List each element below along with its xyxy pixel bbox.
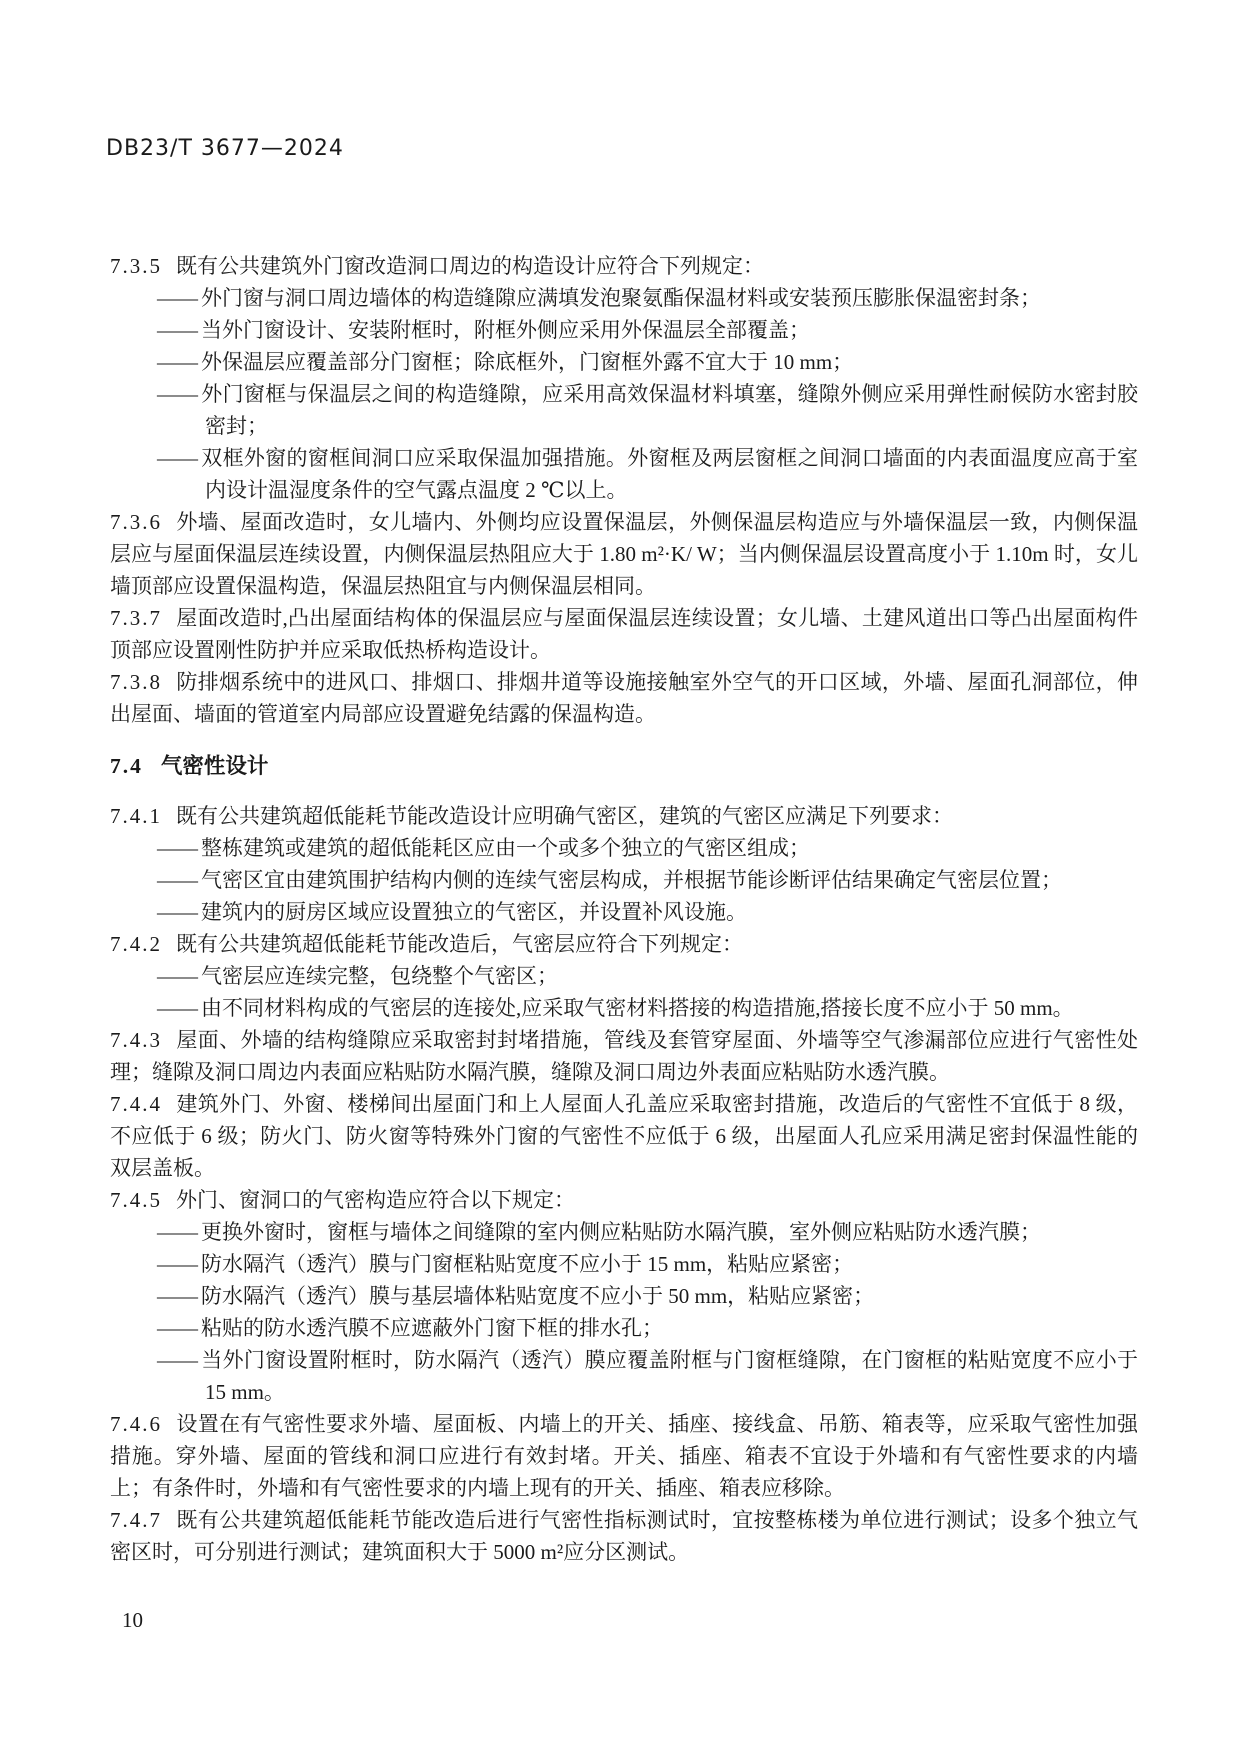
document-header: DB23/T 3677—2024 [106,136,344,161]
page-footer: 10 [122,1608,143,1633]
clause-paragraph: 7.3.6外墙、屋面改造时，女儿墙内、外侧均应设置保温层，外侧保温层构造应与外墙… [110,506,1138,602]
clause-number: 7.4.7 [110,1508,162,1532]
clause-text: 外墙、屋面改造时，女儿墙内、外侧均应设置保温层，外侧保温层构造应与外墙保温层一致… [110,510,1138,598]
clause-text: 外门、窗洞口的气密构造应符合以下规定： [176,1188,575,1212]
clause-text: 既有公共建筑超低能耗节能改造后进行气密性指标测试时，宜按整栋楼为单位进行测试；设… [110,1508,1138,1564]
dash-marker: —— [157,382,197,406]
dash-marker: —— [157,996,197,1020]
dash-marker: —— [157,318,197,342]
document-body: 7.3.5既有公共建筑外门窗改造洞口周边的构造设计应符合下列规定：——外门窗与洞… [110,250,1138,1568]
clause-paragraph: 7.3.5既有公共建筑外门窗改造洞口周边的构造设计应符合下列规定： [110,250,1138,282]
clause-text: 设置在有气密性要求外墙、屋面板、内墙上的开关、插座、接线盒、吊筋、箱表等，应采取… [110,1412,1138,1500]
dash-marker: —— [157,1348,197,1372]
section-heading: 7.4气密性设计 [110,750,1138,782]
clause-paragraph: 7.4.1既有公共建筑超低能耗节能改造设计应明确气密区，建筑的气密区应满足下列要… [110,800,1138,832]
clause-paragraph: 7.4.6设置在有气密性要求外墙、屋面板、内墙上的开关、插座、接线盒、吊筋、箱表… [110,1408,1138,1504]
clause-text: 既有公共建筑外门窗改造洞口周边的构造设计应符合下列规定： [176,254,764,278]
dash-item-text: 更换外窗时，窗框与墙体之间缝隙的室内侧应粘贴防水隔汽膜，室外侧应粘贴防水透汽膜； [201,1220,1041,1244]
dash-item-text: 粘贴的防水透汽膜不应遮蔽外门窗下框的排水孔； [201,1316,663,1340]
clause-paragraph: 7.3.7屋面改造时,凸出屋面结构体的保温层应与屋面保温层连续设置；女儿墙、土建… [110,602,1138,666]
dash-item-text: 当外门窗设置附框时，防水隔汽（透汽）膜应覆盖附框与门窗框缝隙，在门窗框的粘贴宽度… [201,1348,1138,1404]
dash-list-item: ——气密区宜由建筑围护结构内侧的连续气密层构成，并根据节能诊断评估结果确定气密层… [110,864,1138,896]
dash-list-item: ——外门窗框与保温层之间的构造缝隙，应采用高效保温材料填塞，缝隙外侧应采用弹性耐… [110,378,1138,442]
dash-list-item: ——整栋建筑或建筑的超低能耗区应由一个或多个独立的气密区组成； [110,832,1138,864]
dash-list-item: ——当外门窗设置附框时，防水隔汽（透汽）膜应覆盖附框与门窗框缝隙，在门窗框的粘贴… [110,1344,1138,1408]
dash-list-item: ——由不同材料构成的气密层的连接处,应采取气密材料搭接的构造措施,搭接长度不应小… [110,992,1138,1024]
dash-marker: —— [157,900,197,924]
dash-marker: —— [157,836,197,860]
dash-item-text: 外保温层应覆盖部分门窗框；除底框外，门窗框外露不宜大于 10 mm； [201,350,853,374]
dash-item-text: 双框外窗的窗框间洞口应采取保温加强措施。外窗框及两层窗框之间洞口墙面的内表面温度… [201,446,1138,502]
clause-text: 既有公共建筑超低能耗节能改造后，气密层应符合下列规定： [176,932,743,956]
document-page: DB23/T 3677—2024 7.3.5既有公共建筑外门窗改造洞口周边的构造… [0,0,1241,1754]
dash-marker: —— [157,964,197,988]
dash-item-text: 气密层应连续完整，包绕整个气密区； [201,964,558,988]
dash-item-text: 当外门窗设计、安装附框时，附框外侧应采用外保温层全部覆盖； [201,318,810,342]
section-title: 气密性设计 [161,754,269,778]
dash-item-text: 防水隔汽（透汽）膜与门窗框粘贴宽度不应小于 15 mm，粘贴应紧密； [201,1252,853,1276]
dash-list-item: ——建筑内的厨房区域应设置独立的气密区，并设置补风设施。 [110,896,1138,928]
dash-list-item: ——当外门窗设计、安装附框时，附框外侧应采用外保温层全部覆盖； [110,314,1138,346]
clause-number: 7.4.3 [110,1028,162,1052]
clause-number: 7.3.8 [110,670,162,694]
dash-marker: —— [157,350,197,374]
clause-number: 7.3.5 [110,254,162,278]
dash-marker: —— [157,1284,197,1308]
clause-paragraph: 7.4.5外门、窗洞口的气密构造应符合以下规定： [110,1184,1138,1216]
section-number: 7.4 [110,754,143,778]
dash-item-text: 建筑内的厨房区域应设置独立的气密区，并设置补风设施。 [201,900,747,924]
dash-list-item: ——防水隔汽（透汽）膜与基层墙体粘贴宽度不应小于 50 mm，粘贴应紧密； [110,1280,1138,1312]
clause-number: 7.3.6 [110,510,162,534]
clause-paragraph: 7.3.8防排烟系统中的进风口、排烟口、排烟井道等设施接触室外空气的开口区域，外… [110,666,1138,730]
clause-text: 屋面、外墙的结构缝隙应采取密封封堵措施，管线及套管穿屋面、外墙等空气渗漏部位应进… [110,1028,1138,1084]
dash-list-item: ——粘贴的防水透汽膜不应遮蔽外门窗下框的排水孔； [110,1312,1138,1344]
clause-text: 既有公共建筑超低能耗节能改造设计应明确气密区，建筑的气密区应满足下列要求： [176,804,953,828]
dash-item-text: 由不同材料构成的气密层的连接处,应采取气密材料搭接的构造措施,搭接长度不应小于 … [201,996,1074,1020]
clause-paragraph: 7.4.4建筑外门、外窗、楼梯间出屋面门和上人屋面人孔盖应采取密封措施，改造后的… [110,1088,1138,1184]
dash-marker: —— [157,446,197,470]
clause-paragraph: 7.4.7既有公共建筑超低能耗节能改造后进行气密性指标测试时，宜按整栋楼为单位进… [110,1504,1138,1568]
clause-number: 7.4.6 [110,1412,162,1436]
dash-marker: —— [157,1252,197,1276]
dash-item-text: 整栋建筑或建筑的超低能耗区应由一个或多个独立的气密区组成； [201,836,810,860]
dash-list-item: ——外门窗与洞口周边墙体的构造缝隙应满填发泡聚氨酯保温材料或安装预压膨胀保温密封… [110,282,1138,314]
page-number: 10 [122,1608,143,1632]
clause-text: 防排烟系统中的进风口、排烟口、排烟井道等设施接触室外空气的开口区域，外墙、屋面孔… [110,670,1138,726]
dash-marker: —— [157,1220,197,1244]
clause-number: 7.3.7 [110,606,162,630]
clause-text: 建筑外门、外窗、楼梯间出屋面门和上人屋面人孔盖应采取密封措施，改造后的气密性不宜… [110,1092,1138,1180]
dash-item-text: 防水隔汽（透汽）膜与基层墙体粘贴宽度不应小于 50 mm，粘贴应紧密； [201,1284,874,1308]
dash-list-item: ——双框外窗的窗框间洞口应采取保温加强措施。外窗框及两层窗框之间洞口墙面的内表面… [110,442,1138,506]
clause-number: 7.4.4 [110,1092,162,1116]
dash-list-item: ——气密层应连续完整，包绕整个气密区； [110,960,1138,992]
standard-number: DB23/T 3677—2024 [106,136,344,161]
dash-list-item: ——更换外窗时，窗框与墙体之间缝隙的室内侧应粘贴防水隔汽膜，室外侧应粘贴防水透汽… [110,1216,1138,1248]
dash-item-text: 气密区宜由建筑围护结构内侧的连续气密层构成，并根据节能诊断评估结果确定气密层位置… [201,868,1062,892]
dash-marker: —— [157,868,197,892]
clause-number: 7.4.5 [110,1188,162,1212]
dash-marker: —— [157,1316,197,1340]
dash-marker: —— [157,286,197,310]
clause-number: 7.4.2 [110,932,162,956]
clause-number: 7.4.1 [110,804,162,828]
clause-paragraph: 7.4.3屋面、外墙的结构缝隙应采取密封封堵措施，管线及套管穿屋面、外墙等空气渗… [110,1024,1138,1088]
clause-paragraph: 7.4.2既有公共建筑超低能耗节能改造后，气密层应符合下列规定： [110,928,1138,960]
clause-text: 屋面改造时,凸出屋面结构体的保温层应与屋面保温层连续设置；女儿墙、土建风道出口等… [110,606,1138,662]
dash-list-item: ——外保温层应覆盖部分门窗框；除底框外，门窗框外露不宜大于 10 mm； [110,346,1138,378]
dash-item-text: 外门窗框与保温层之间的构造缝隙，应采用高效保温材料填塞，缝隙外侧应采用弹性耐候防… [201,382,1138,438]
dash-list-item: ——防水隔汽（透汽）膜与门窗框粘贴宽度不应小于 15 mm，粘贴应紧密； [110,1248,1138,1280]
dash-item-text: 外门窗与洞口周边墙体的构造缝隙应满填发泡聚氨酯保温材料或安装预压膨胀保温密封条； [201,286,1041,310]
